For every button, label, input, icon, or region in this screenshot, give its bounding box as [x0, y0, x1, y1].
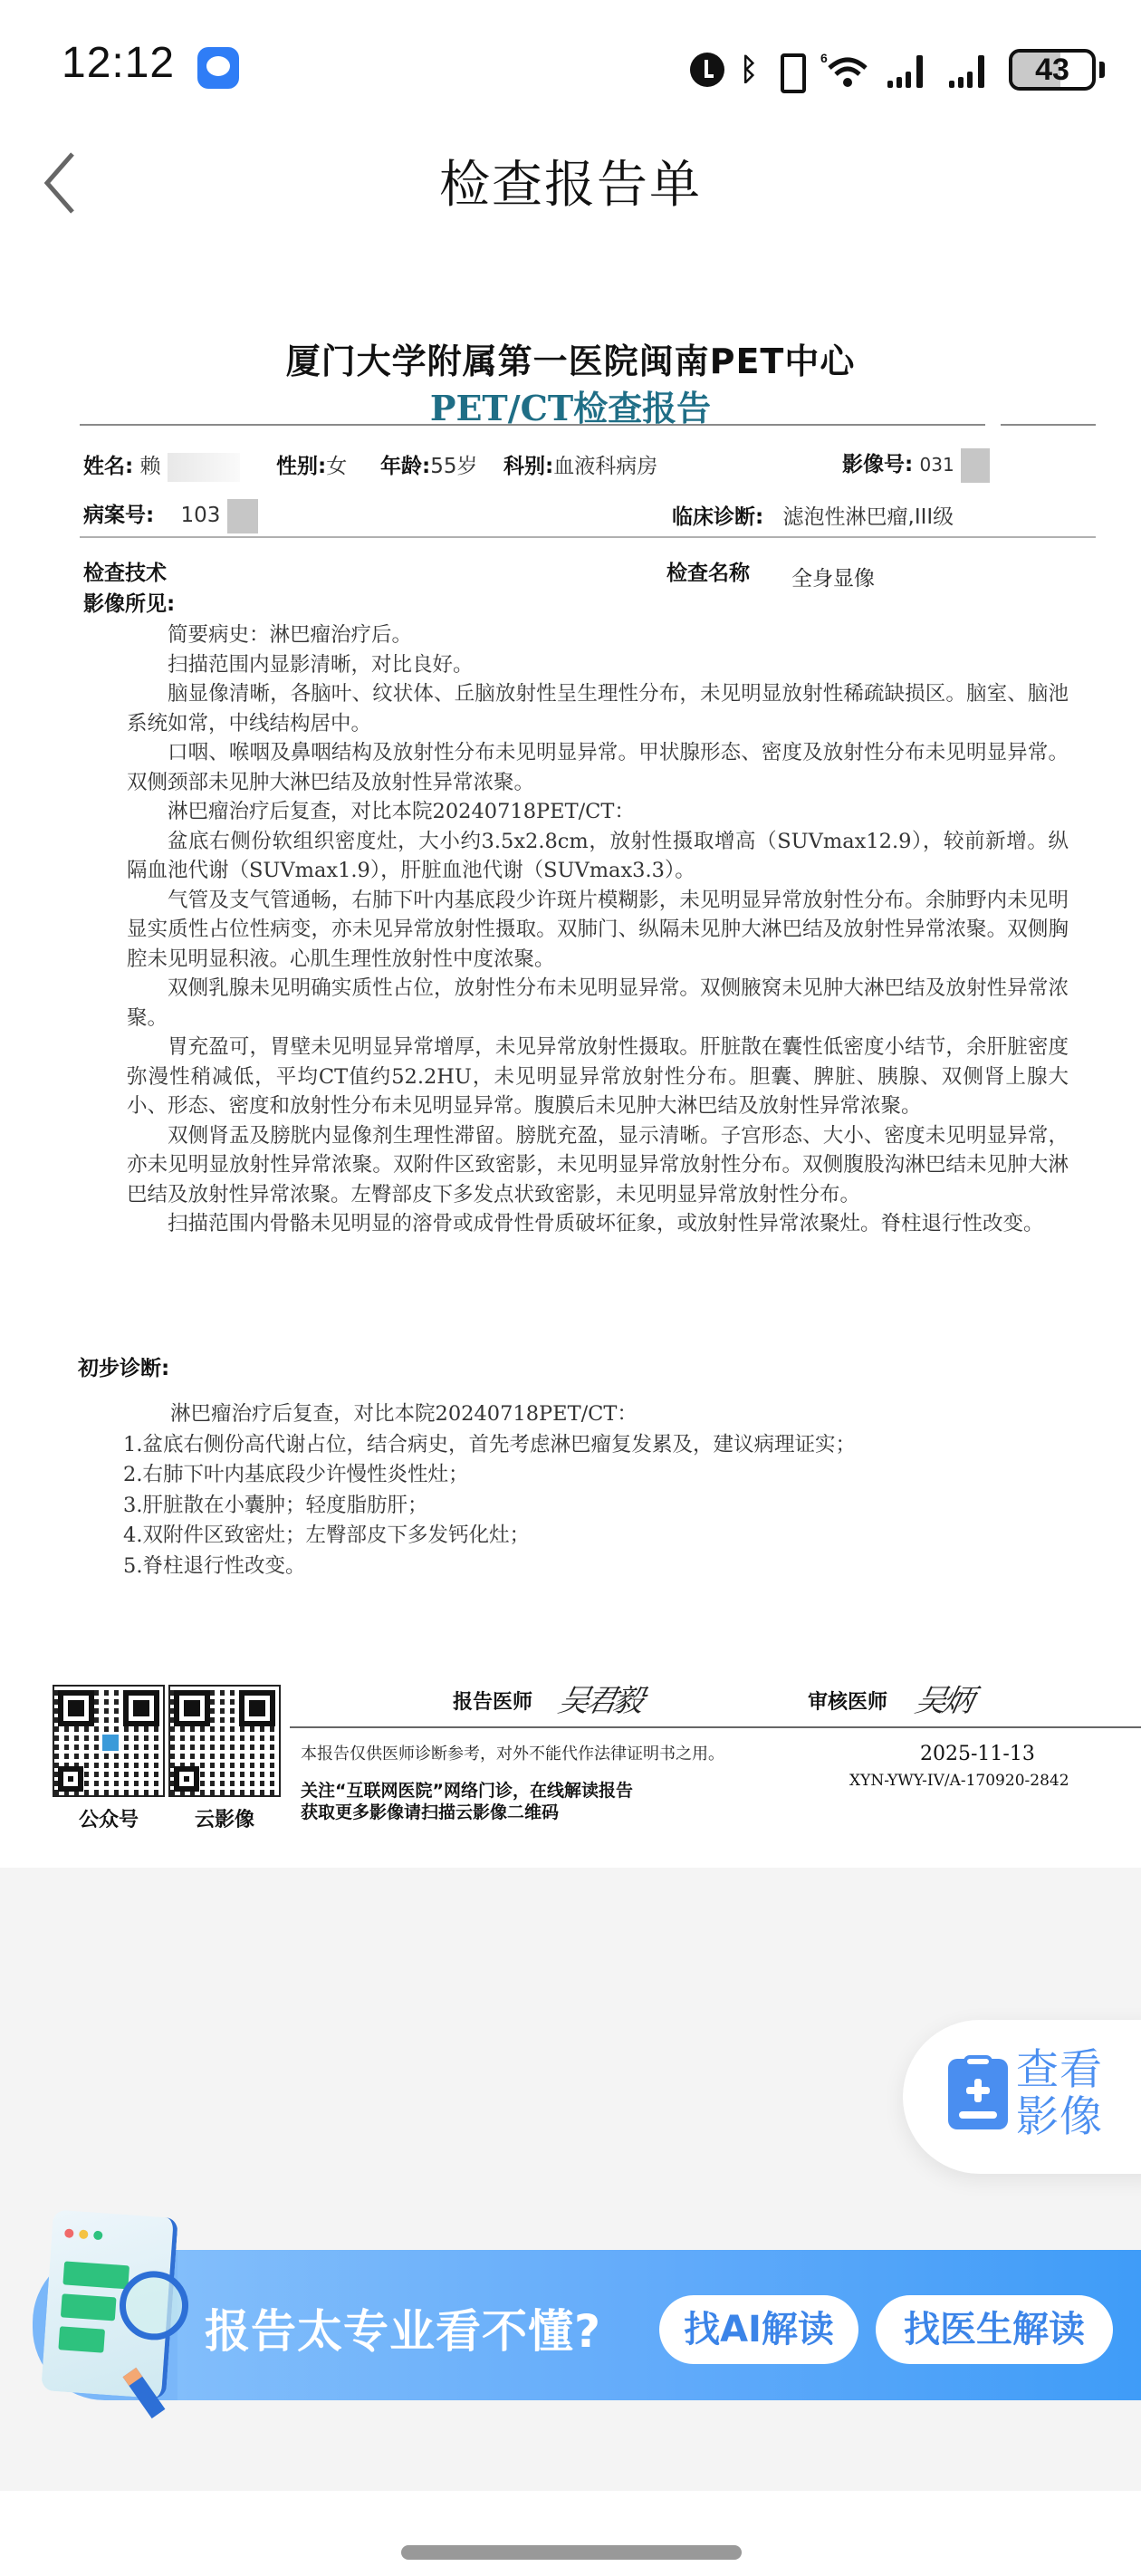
finding-paragraph: 扫描范围内显影清晰，对比良好。: [127, 650, 1069, 680]
bottom-bar: [0, 2491, 1141, 2576]
diagnosis-item: 3.肝脏散在小囊肿；轻度脂肪肝；: [123, 1491, 1029, 1522]
case-no-field: 病案号: 103: [83, 498, 258, 533]
alarm-icon: [690, 53, 724, 87]
diagnosis-intro: 淋巴瘤治疗后复查，对比本院20240718PET/CT：: [123, 1399, 1029, 1430]
ai-interpret-banner: 报告太专业看不懂? 找AI解读 找医生解读: [0, 2250, 1141, 2400]
finding-paragraph: 盆底右侧份软组织密度灶，大小约3.5x2.8cm，放射性摄取增高（SUVmax1…: [127, 827, 1069, 886]
view-images-label: 查看影像: [1016, 2047, 1116, 2141]
status-time: 12:12: [62, 38, 175, 88]
page-title: 检查报告单: [0, 145, 1141, 217]
clinical-diagnosis-field: 临床诊断: 滤泡性淋巴瘤,III级: [672, 500, 954, 530]
document-number: XYN-YWY-IV/A-170920-2842: [849, 1772, 1069, 1790]
divider: [80, 424, 985, 426]
patient-sex-field: 性别:女: [276, 449, 347, 479]
report-doctor-label: 报告医师: [453, 1687, 532, 1715]
home-indicator[interactable]: [401, 2545, 742, 2560]
exam-tech-label: 检查技术: [83, 556, 167, 586]
bluetooth-icon: ᛒ: [739, 52, 759, 88]
disclaimer: 本报告仅供医师诊断参考，对外不能代作法律证明书之用。: [301, 1741, 724, 1764]
battery-level: 43: [1012, 53, 1092, 87]
hospital-logo-icon: [100, 1732, 121, 1754]
report-document[interactable]: 厦门大学附属第一医院闽南PET中心 PET/CT检查报告 姓名: 赖 性别:女 …: [0, 226, 1141, 1868]
finding-paragraph: 脑显像清晰，各脑叶、纹状体、丘脑放射性呈生理性分布，未见明显放射性稀疏缺损区。脑…: [127, 679, 1069, 738]
battery-tip: [1099, 62, 1105, 78]
finding-paragraph: 扫描范围内骨骼未见明显的溶骨或成骨性骨质破坏征象，或放射性异常浓聚灶。脊柱退行性…: [127, 1209, 1069, 1239]
signal-icon: [886, 50, 933, 90]
finding-paragraph: 淋巴瘤治疗后复查，对比本院20240718PET/CT：: [127, 797, 1069, 827]
review-doctor-label: 审核医师: [808, 1687, 887, 1715]
hospital-name: 厦门大学附属第一医院闽南PET中心: [0, 333, 1141, 383]
image-no-field: 影像号: 031: [842, 447, 990, 483]
svg-text:6: 6: [820, 51, 828, 65]
promo-line-2: 获取更多影像请扫描云影像二维码: [301, 1799, 559, 1823]
diagnosis-text: 淋巴瘤治疗后复查，对比本院20240718PET/CT： 1.盆底右侧份高代谢占…: [123, 1399, 1029, 1581]
message-icon: [197, 47, 239, 89]
finding-paragraph: 胃充盈可，胃壁未见明显异常增厚，未见异常放射性摄取。肝脏散在囊性低密度小结节，余…: [127, 1033, 1069, 1121]
signal-icon: [947, 50, 994, 90]
vibrate-icon: [773, 52, 806, 88]
review-doctor-signature: 吴炳: [912, 1676, 975, 1720]
diagnosis-label: 初步诊断:: [78, 1351, 169, 1381]
report-date: 2025-11-13: [920, 1743, 1035, 1765]
divider: [80, 536, 1096, 538]
finding-paragraph: 简要病史：淋巴瘤治疗后。: [127, 620, 1069, 650]
qr1-label: 公众号: [53, 1804, 165, 1832]
diagnosis-item: 4.双附件区致密灶；左臀部皮下多发钙化灶；: [123, 1521, 1029, 1552]
status-icons: ᛒ 6 43: [690, 47, 1105, 92]
promo-line-1: 关注“互联网医院”网络门诊，在线解读报告: [301, 1777, 633, 1802]
banner-text: 报告太专业看不懂?: [205, 2295, 601, 2360]
patient-name-field: 姓名: 赖: [83, 449, 240, 482]
qr-code-cloud-image[interactable]: [168, 1685, 281, 1797]
divider: [290, 1726, 1141, 1728]
qr2-label: 云影像: [168, 1804, 281, 1832]
findings-text: 简要病史：淋巴瘤治疗后。 扫描范围内显影清晰，对比良好。 脑显像清晰，各脑叶、纹…: [127, 620, 1069, 1239]
doctor-interpret-button[interactable]: 找医生解读: [876, 2295, 1113, 2364]
view-images-button[interactable]: 查看影像: [903, 2020, 1141, 2174]
qr-code-official-account[interactable]: [53, 1685, 165, 1797]
exam-name-label: 检查名称: [666, 556, 750, 586]
finding-paragraph: 双侧肾盂及膀胱内显像剂生理性滞留。膀胱充盈，显示清晰。子宫形态、大小、密度未见明…: [127, 1121, 1069, 1210]
report-doctor-signature: 吴君毅: [555, 1676, 646, 1720]
ai-interpret-button[interactable]: 找AI解读: [659, 2295, 858, 2364]
status-bar: 12:12 ᛒ 6 43: [0, 0, 1141, 136]
patient-dept-field: 科别:血液科病房: [503, 449, 657, 479]
wifi-icon: 6: [820, 50, 871, 90]
diagnosis-item: 2.右肺下叶内基底段少许慢性炎性灶；: [123, 1460, 1029, 1491]
diagnosis-item: 1.盆底右侧份高代谢占位，结合病史，首先考虑淋巴瘤复发累及，建议病理证实；: [123, 1430, 1029, 1461]
clipboard-plus-icon: [948, 2059, 1008, 2129]
battery-icon: 43: [1009, 49, 1096, 91]
redaction: [227, 499, 258, 533]
patient-age-field: 年龄:55岁: [380, 449, 477, 479]
finding-paragraph: 气管及支气管通畅，右肺下叶内基底段少许斑片模糊影，未见明显异常放射性分布。余肺野…: [127, 886, 1069, 975]
report-title: PET/CT检查报告: [0, 380, 1141, 430]
finding-paragraph: 口咽、喉咽及鼻咽结构及放射性分布未见明显异常。甲状腺形态、密度及放射性分布未见明…: [127, 738, 1069, 797]
nav-bar: 检查报告单: [0, 136, 1141, 226]
patient-name-value: 赖: [140, 455, 161, 478]
divider: [1001, 424, 1096, 426]
finding-paragraph: 双侧乳腺未见明确实质性占位，放射性分布未见明显异常。双侧腋窝未见肿大淋巴结及放射…: [127, 974, 1069, 1033]
findings-label: 影像所见:: [83, 587, 175, 617]
redaction: [961, 448, 990, 483]
exam-name-value: 全身显像: [791, 562, 875, 591]
redaction: [168, 453, 240, 482]
diagnosis-item: 5.脊柱退行性改变。: [123, 1552, 1029, 1582]
report-magnifier-illustration-icon: [41, 2209, 178, 2398]
